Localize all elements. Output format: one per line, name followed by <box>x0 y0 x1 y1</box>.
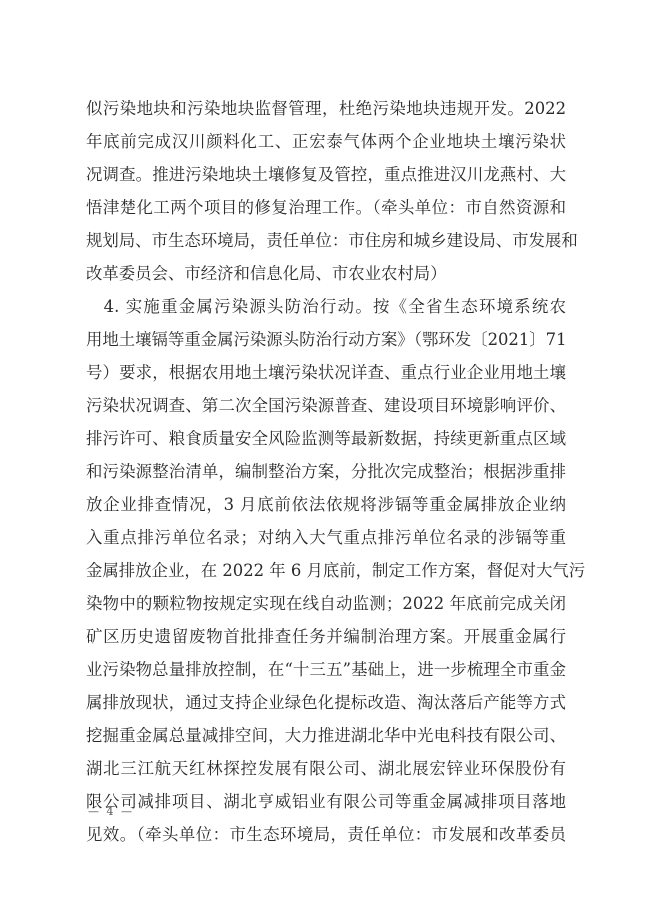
text-line: 规划局、市生态环境局，责任单位：市住房和城乡建设局、市发展和 <box>86 224 566 257</box>
text-line: 矿区历史遗留废物首批排查任务并编制治理方案。开展重金属行 <box>86 620 566 653</box>
text-line: 似污染地块和污染地块监督管理，杜绝污染地块违规开发。2022 <box>86 92 566 125</box>
page-number: — 4 — <box>88 805 134 818</box>
text-line: 悟津楚化工两个项目的修复治理工作。（牵头单位：市自然资源和 <box>86 191 566 224</box>
text-line: 挖掘重金属总量减排空间，大力推进湖北华中光电科技有限公司、 <box>86 719 566 752</box>
text-line: 放企业排查情况，3 月底前依法依规将涉镉等重金属排放企业纳 <box>86 488 566 521</box>
text-line: 改革委员会、市经济和信息化局、市农业农村局） <box>86 257 566 290</box>
document-page: 似污染地块和污染地块监督管理，杜绝污染地块违规开发。2022 年底前完成汉川颜料… <box>0 0 650 919</box>
text-line: 染物中的颗粒物按规定实现在线自动监测；2022 年底前完成关闭 <box>86 587 566 620</box>
body-text: 似污染地块和污染地块监督管理，杜绝污染地块违规开发。2022 年底前完成汉川颜料… <box>86 92 566 851</box>
text-line: 业污染物总量排放控制，在“十三五”基础上，进一步梳理全市重金 <box>86 653 566 686</box>
text-line: 用地土壤镉等重金属污染源头防治行动方案》（鄂环发〔2021〕71 <box>86 323 566 356</box>
text-line: 和污染源整治清单，编制整治方案，分批次完成整治；根据涉重排 <box>86 455 566 488</box>
text-line: 况调查。推进污染地块土壤修复及管控，重点推进汉川龙燕村、大 <box>86 158 566 191</box>
text-line: 属排放现状，通过支持企业绿色化提标改造、淘汰落后产能等方式 <box>86 686 566 719</box>
text-line: 金属排放企业，在 2022 年 6 月底前，制定工作方案，督促对大气污 <box>86 554 566 587</box>
text-line: 入重点排污单位名录；对纳入大气重点排污单位名录的涉镉等重 <box>86 521 566 554</box>
text-line: 号）要求，根据农用地土壤污染状况详查、重点行业企业用地土壤 <box>86 356 566 389</box>
text-line: 年底前完成汉川颜料化工、正宏泰气体两个企业地块土壤污染状 <box>86 125 566 158</box>
text-line: 污染状况调查、第二次全国污染源普查、建设项目环境影响评价、 <box>86 389 566 422</box>
text-line: 湖北三江航天红林探控发展有限公司、湖北展宏锌业环保股份有 <box>86 752 566 785</box>
text-line: 见效。（牵头单位：市生态环境局，责任单位：市发展和改革委员 <box>86 818 566 851</box>
section-heading-line: 4. 实施重金属污染源头防治行动。按《全省生态环境系统农 <box>86 290 566 323</box>
text-line: 排污许可、粮食质量安全风险监测等最新数据，持续更新重点区域 <box>86 422 566 455</box>
text-line: 限公司减排项目、湖北亨威铝业有限公司等重金属减排项目落地 <box>86 785 566 818</box>
